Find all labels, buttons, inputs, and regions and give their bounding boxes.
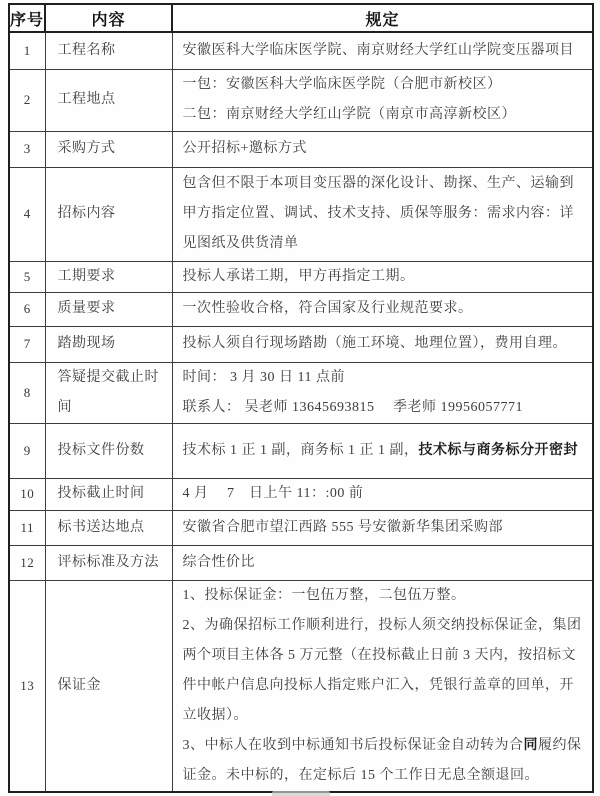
item-name: 标书送达地点	[45, 510, 172, 545]
cutoff-footer-mark	[272, 791, 330, 796]
regulation-text: 一次性验收合格，符合国家及行业规范要求。	[172, 292, 593, 326]
row-number: 4	[9, 167, 45, 261]
regulation-text: 一包：安徽医科大学临床医学院（合肥市新校区）二包：南京财经大学红山学院（南京市高…	[172, 69, 593, 131]
row-number: 7	[9, 326, 45, 362]
regulation-text: 安徽省合肥市望江西路 555 号安徽新华集团采购部	[172, 510, 593, 545]
table-row: 4招标内容包含但不限于本项目变压器的深化设计、勘探、生产、运输到甲方指定位置、调…	[9, 167, 593, 261]
row-number: 1	[9, 32, 45, 69]
item-name: 招标内容	[45, 167, 172, 261]
regulation-text: 安徽医科大学临床医学院、南京财经大学红山学院变压器项目	[172, 32, 593, 69]
item-name: 踏勘现场	[45, 326, 172, 362]
item-name: 投标文件份数	[45, 423, 172, 478]
row-number: 12	[9, 545, 45, 580]
header-regulation: 规定	[172, 4, 593, 32]
row-number: 8	[9, 362, 45, 423]
header-serial-number: 序号	[9, 4, 45, 32]
table-row: 2工程地点一包：安徽医科大学临床医学院（合肥市新校区）二包：南京财经大学红山学院…	[9, 69, 593, 131]
item-name: 保证金	[45, 580, 172, 792]
header-row: 序号 内容 规定	[9, 4, 593, 32]
item-name: 工期要求	[45, 261, 172, 292]
table-row: 1工程名称安徽医科大学临床医学院、南京财经大学红山学院变压器项目	[9, 32, 593, 69]
item-name: 评标标准及方法	[45, 545, 172, 580]
table-row: 13保证金1、投标保证金：一包伍万整，二包伍万整。2、为确保招标工作顺利进行，投…	[9, 580, 593, 792]
table-row: 8答疑提交截止时间时间： 3 月 30 日 11 点前联系人： 吴老师 1364…	[9, 362, 593, 423]
table-row: 10投标截止时间4 月 7 日上午 11：:00 前	[9, 478, 593, 510]
row-number: 13	[9, 580, 45, 792]
regulation-text: 时间： 3 月 30 日 11 点前联系人： 吴老师 13645693815 季…	[172, 362, 593, 423]
row-number: 6	[9, 292, 45, 326]
row-number: 10	[9, 478, 45, 510]
item-name: 投标截止时间	[45, 478, 172, 510]
table-row: 3采购方式公开招标+邀标方式	[9, 131, 593, 167]
item-name: 工程名称	[45, 32, 172, 69]
table-row: 12评标标准及方法综合性价比	[9, 545, 593, 580]
table-row: 6质量要求一次性验收合格，符合国家及行业规范要求。	[9, 292, 593, 326]
tender-regulations-table: 序号 内容 规定 1工程名称安徽医科大学临床医学院、南京财经大学红山学院变压器项…	[8, 3, 594, 793]
row-number: 9	[9, 423, 45, 478]
regulation-text: 4 月 7 日上午 11：:00 前	[172, 478, 593, 510]
item-name: 质量要求	[45, 292, 172, 326]
regulation-text: 公开招标+邀标方式	[172, 131, 593, 167]
row-number: 3	[9, 131, 45, 167]
row-number: 5	[9, 261, 45, 292]
header-content: 内容	[45, 4, 172, 32]
regulation-text: 1、投标保证金：一包伍万整，二包伍万整。2、为确保招标工作顺利进行，投标人须交纳…	[172, 580, 593, 792]
regulation-text: 包含但不限于本项目变压器的深化设计、勘探、生产、运输到甲方指定位置、调试、技术支…	[172, 167, 593, 261]
item-name: 采购方式	[45, 131, 172, 167]
table-row: 9投标文件份数技术标 1 正 1 副，商务标 1 正 1 副，技术标与商务标分开…	[9, 423, 593, 478]
table-row: 7踏勘现场投标人须自行现场踏勘（施工环境、地理位置），费用自理。	[9, 326, 593, 362]
item-name: 工程地点	[45, 69, 172, 131]
regulation-text: 技术标 1 正 1 副，商务标 1 正 1 副，技术标与商务标分开密封	[172, 423, 593, 478]
row-number: 11	[9, 510, 45, 545]
regulation-text: 投标人承诺工期，甲方再指定工期。	[172, 261, 593, 292]
document-page: 序号 内容 规定 1工程名称安徽医科大学临床医学院、南京财经大学红山学院变压器项…	[0, 0, 600, 796]
regulation-text: 投标人须自行现场踏勘（施工环境、地理位置），费用自理。	[172, 326, 593, 362]
item-name: 答疑提交截止时间	[45, 362, 172, 423]
table-row: 5工期要求投标人承诺工期，甲方再指定工期。	[9, 261, 593, 292]
table-body: 1工程名称安徽医科大学临床医学院、南京财经大学红山学院变压器项目2工程地点一包：…	[9, 32, 593, 792]
row-number: 2	[9, 69, 45, 131]
regulation-text: 综合性价比	[172, 545, 593, 580]
table-row: 11标书送达地点安徽省合肥市望江西路 555 号安徽新华集团采购部	[9, 510, 593, 545]
